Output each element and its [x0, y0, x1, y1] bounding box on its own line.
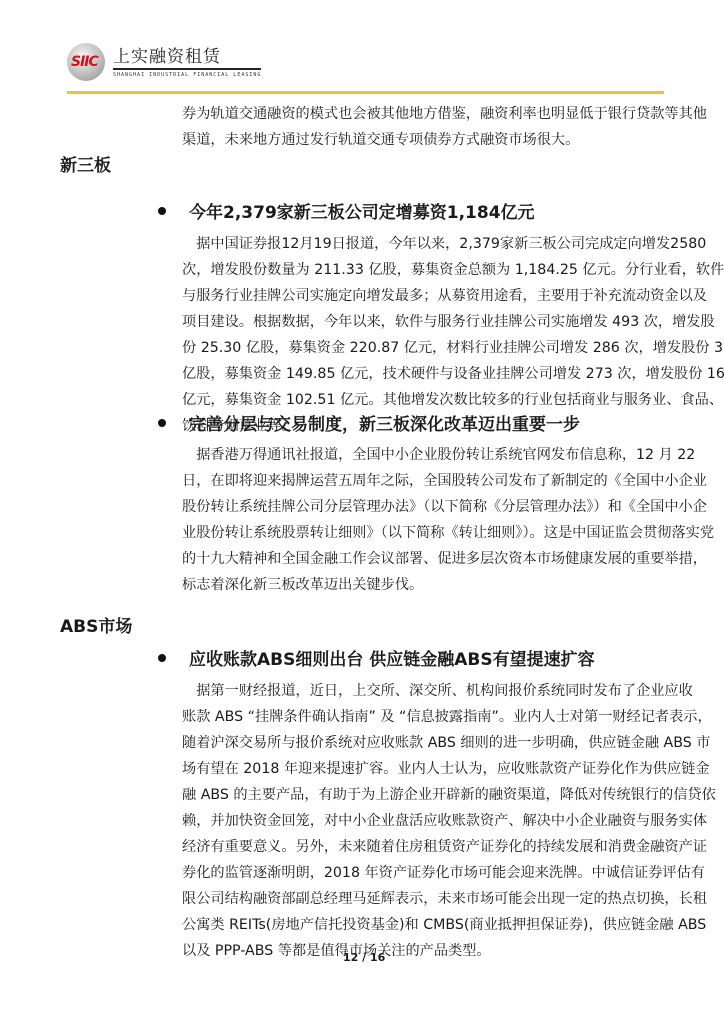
text-line: 渠道，未来地方通过发行轨道交通专项债券方式融资市场很大。: [182, 127, 660, 153]
text-line: 日，在即将迎来揭牌运营五周年之际，全国股转公司发布了新制定的《全国中小企业: [182, 468, 660, 494]
text-line: 项目建设。根据数据，今年以来，软件与服务行业挂牌公司实施增发 493 次，增发股: [182, 309, 660, 335]
bullet-heading: 应收账款ABS细则出台 供应链金融ABS有望提速扩容: [158, 645, 595, 670]
text-line: 融 ABS 的主要产品，有助于为上游企业开辟新的融资渠道，降低对传统银行的信贷依: [182, 782, 660, 808]
text-line: 场有望在 2018 年迎来提速扩容。业内人士认为，应收账款资产证券化作为供应链金: [182, 756, 660, 782]
paragraph: 据第一财经报道，近日，上交所、深交所、机构间报价系统同时发布了企业应收 账款 A…: [182, 678, 660, 964]
text-line: 次，增发股份数量为 211.33 亿股，募集资金总额为 1,184.25 亿元。…: [182, 257, 660, 283]
heading-text: 今年2,379家新三板公司定增募资1,184亿元: [189, 198, 535, 223]
bullet-heading: 完善分层与交易制度，新三板深化改革迈出重要一步: [158, 410, 580, 435]
text-line: 赖，并加快资金回笼，对中小企业盘活应收账款资产、解决中小企业融资与服务实体: [182, 808, 660, 834]
text-line: 随着沪深交易所与报价系统对应收账款 ABS 细则的进一步明确，供应链金融 ABS…: [182, 730, 660, 756]
page-header: SIIC 上实融资租赁 SHANGHAI INDUSTRIAL FINANCIA…: [0, 0, 724, 100]
logo-chinese-name: 上实融资租赁: [113, 47, 261, 70]
logo-mark: SIIC: [71, 54, 98, 70]
logo-text: 上实融资租赁 SHANGHAI INDUSTRIAL FINANCIAL LEA…: [113, 47, 261, 78]
bullet-icon: [158, 419, 166, 427]
header-divider: [67, 91, 664, 94]
logo-english-name: SHANGHAI INDUSTRIAL FINANCIAL LEASING: [113, 72, 261, 78]
text-line: 据香港万得通讯社报道，全国中小企业股份转让系统官网发布信息称，12 月 22: [182, 442, 660, 468]
page-number: 12 / 16: [343, 951, 385, 964]
heading-text: 应收账款ABS细则出台 供应链金融ABS有望提速扩容: [189, 645, 595, 670]
intro-paragraph: 券为轨道交通融资的模式也会被其他地方借鉴，融资利率也明显低于银行贷款等其他 渠道…: [182, 101, 660, 153]
company-logo: SIIC 上实融资租赁 SHANGHAI INDUSTRIAL FINANCIA…: [67, 44, 261, 80]
text-line: 券化的监管逐渐明朗，2018 年资产证券化市场可能会迎来洗牌。中诚信证券评估有: [182, 860, 660, 886]
text-line: 据中国证券报12月19日报道，今年以来，2,379家新三板公司完成定向增发258…: [182, 231, 660, 257]
text-line: 亿股，募集资金 149.85 亿元，技术硬件与设备业挂牌公司增发 273 次，增…: [182, 361, 660, 387]
heading-text: 完善分层与交易制度，新三板深化改革迈出重要一步: [189, 410, 580, 435]
text-line: 公寓类 REITs(房地产信托投资基金)和 CMBS(商业抵押担保证券)，供应链…: [182, 912, 660, 938]
text-line: 标志着深化新三板改革迈出关键步伐。: [182, 572, 660, 598]
text-line: 经济有重要意义。另外，未来随着住房租赁资产证券化的持续发展和消费金融资产证: [182, 834, 660, 860]
text-line: 与服务行业挂牌公司实施定向增发最多；从募资用途看，主要用于补充流动资金以及: [182, 283, 660, 309]
bullet-heading: 今年2,379家新三板公司定增募资1,184亿元: [158, 198, 535, 223]
text-line: 账款 ABS “挂牌条件确认指南” 及 “信息披露指南”。业内人士对第一财经记者…: [182, 704, 660, 730]
text-line: 业股份转让系统股票转让细则》（以下简称《转让细则》）。这是中国证监会贯彻落实党: [182, 520, 660, 546]
paragraph: 据中国证券报12月19日报道，今年以来，2,379家新三板公司完成定向增发258…: [182, 231, 660, 439]
text-line: 以及 PPP-ABS 等都是值得市场关注的产品类型。: [182, 938, 660, 964]
text-line: 券为轨道交通融资的模式也会被其他地方借鉴，融资利率也明显低于银行贷款等其他: [182, 101, 660, 127]
section-title-neeq: 新三板: [60, 151, 111, 176]
text-line: 的十九大精神和全国金融工作会议部署、促进多层次资本市场健康发展的重要举措，: [182, 546, 660, 572]
text-line: 份 25.30 亿股，募集资金 220.87 亿元，材料行业挂牌公司增发 286…: [182, 335, 660, 361]
bullet-icon: [158, 207, 166, 215]
bullet-icon: [158, 654, 166, 662]
text-line: 据第一财经报道，近日，上交所、深交所、机构间报价系统同时发布了企业应收: [182, 678, 660, 704]
globe-logo-icon: SIIC: [67, 43, 105, 81]
text-line: 限公司结构融资部副总经理马延辉表示，未来市场可能会出现一定的热点切换，长租: [182, 886, 660, 912]
section-title-abs: ABS市场: [60, 612, 132, 637]
paragraph: 据香港万得通讯社报道，全国中小企业股份转让系统官网发布信息称，12 月 22 日…: [182, 442, 660, 598]
text-line: 股份转让系统挂牌公司分层管理办法》（以下简称《分层管理办法》）和《全国中小企: [182, 494, 660, 520]
